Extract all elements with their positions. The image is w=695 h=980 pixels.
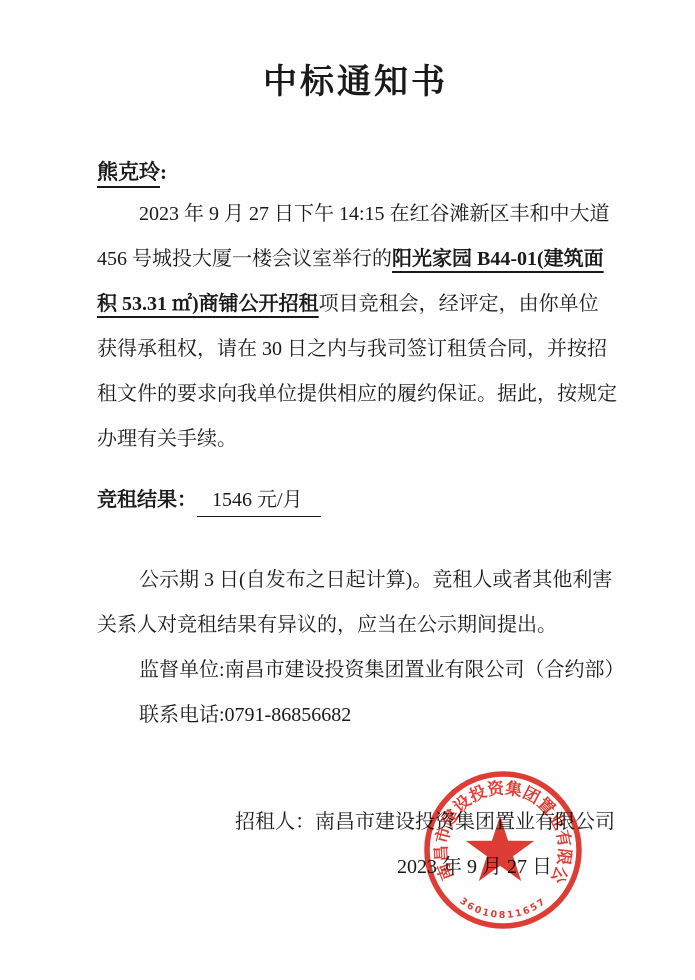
document-title: 中标通知书 xyxy=(16,58,695,108)
text-line: 关系人对竞租结果有异议的，应当在公示期间提出。 xyxy=(97,603,637,648)
text-line: 2023 年 9 月 27 日下午 14:15 在红谷滩新区丰和中大道 xyxy=(97,192,637,237)
addressee-name: 熊克玲 xyxy=(97,160,160,184)
text-segment: 积 53.31 ㎡)商铺公开招租 xyxy=(97,293,319,315)
text-segment: 2023 年 9 月 27 日下午 14:15 在红谷滩新区丰和中大道 xyxy=(139,203,610,225)
text-line: 联系电话:0791-86856682 xyxy=(97,693,637,738)
text-segment: 办理有关手续。 xyxy=(97,428,237,450)
addressee-colon: : xyxy=(160,160,167,184)
text-segment: 项目竞租会，经评定，由你单位 xyxy=(319,293,599,315)
text-line: 456 号城投大厦一楼会议室举行的阳光家园 B44-01(建筑面 xyxy=(97,237,637,282)
text-line: 获得承租权，请在 30 日之内与我司签订租赁合同，并按招 xyxy=(97,327,637,372)
body-paragraph-main: 2023 年 9 月 27 日下午 14:15 在红谷滩新区丰和中大道456 号… xyxy=(97,192,637,462)
text-segment: 租文件的要求向我单位提供相应的履约保证。据此，按规定 xyxy=(97,383,617,405)
addressee-line: 熊克玲: xyxy=(97,152,167,192)
bid-result-value: 1546 元/月 xyxy=(197,485,321,517)
text-segment: 联系电话:0791-86856682 xyxy=(139,704,351,726)
text-segment: 公示期 3 日(自发布之日起计算)。竞租人或者其他利害 xyxy=(139,569,612,591)
text-line: 监督单位:南昌市建设投资集团置业有限公司（合约部） xyxy=(97,648,637,693)
text-segment: 阳光家园 B44-01(建筑面 xyxy=(392,248,604,270)
text-segment: 获得承租权，请在 30 日之内与我司签订租赁合同，并按招 xyxy=(97,338,607,360)
text-segment: 监督单位:南昌市建设投资集团置业有限公司（合约部） xyxy=(139,659,625,681)
company-seal-stamp: 南昌市建设投资集团置业有限公司 3601081165780 xyxy=(418,765,588,935)
text-line: 积 53.31 ㎡)商铺公开招租项目竞租会，经评定，由你单位 xyxy=(97,282,637,327)
seal-graphic: 南昌市建设投资集团置业有限公司 3601081165780 xyxy=(418,765,588,935)
text-line: 公示期 3 日(自发布之日起计算)。竞租人或者其他利害 xyxy=(97,558,637,603)
bid-result-line: 竞租结果： 1546 元/月 xyxy=(97,478,321,523)
star-icon xyxy=(466,816,534,881)
text-segment: 关系人对竞租结果有异议的，应当在公示期间提出。 xyxy=(97,614,557,636)
text-line: 租文件的要求向我单位提供相应的履约保证。据此，按规定 xyxy=(97,372,637,417)
bid-result-label: 竞租结果： xyxy=(97,489,197,511)
text-line: 办理有关手续。 xyxy=(97,417,637,462)
body-paragraph-notice: 公示期 3 日(自发布之日起计算)。竞租人或者其他利害关系人对竞租结果有异议的，… xyxy=(97,558,637,738)
text-segment: 456 号城投大厦一楼会议室举行的 xyxy=(97,248,392,270)
document-page: 中标通知书 熊克玲: 2023 年 9 月 27 日下午 14:15 在红谷滩新… xyxy=(0,0,695,980)
